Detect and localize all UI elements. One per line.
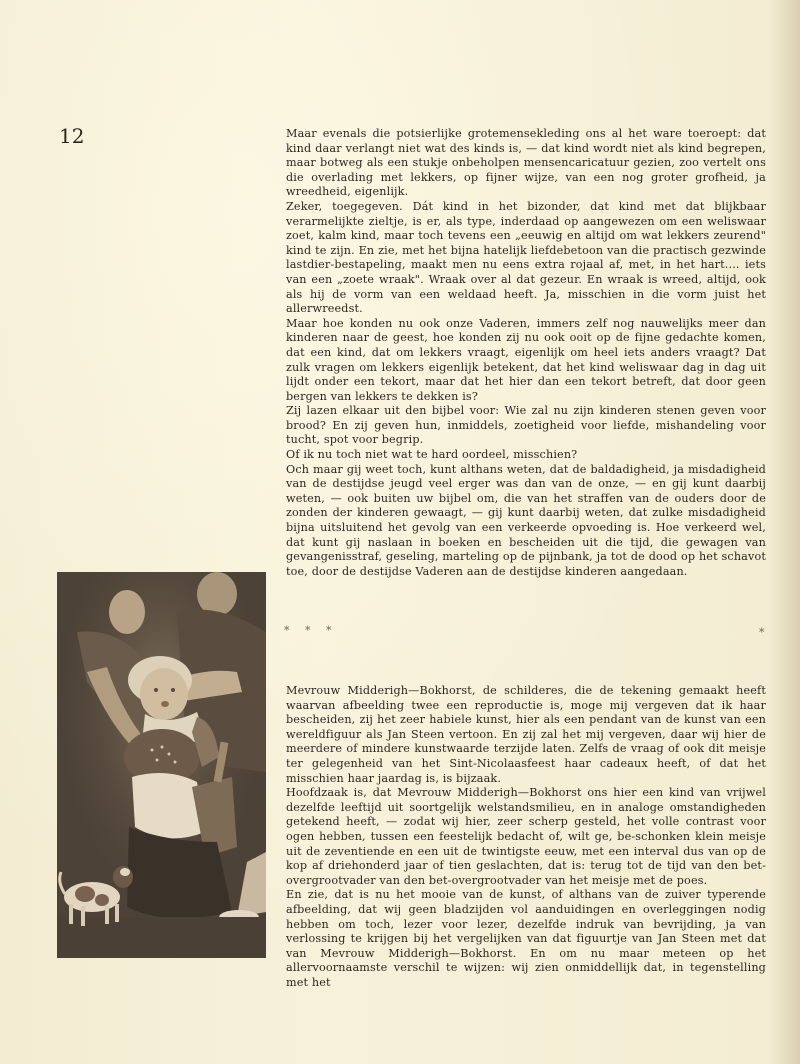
page: 12 Maar evenals die potsierlijke groteme… (0, 0, 800, 1064)
paragraph: Zeker, toegegeven. Dát kind in het bizon… (286, 200, 766, 317)
paragraph: Mevrouw Midderigh—Bokhorst, de schildere… (286, 684, 766, 786)
section-separator-right: * (759, 626, 765, 639)
painting-reproduction (57, 572, 266, 958)
paragraph: Och maar gij weet toch, kunt althans wet… (286, 463, 766, 580)
section-separator-left: * * * (284, 624, 338, 637)
paragraph: Hoofdzaak is, dat Mevrouw Midderigh—Bokh… (286, 786, 766, 888)
text-section-top: Maar evenals die potsierlijke grotemense… (286, 127, 766, 579)
text-section-bottom: Mevrouw Midderigh—Bokhorst, de schildere… (286, 684, 766, 990)
painting-illustration (57, 572, 266, 958)
paragraph: Maar hoe konden nu ook onze Vaderen, imm… (286, 317, 766, 405)
paragraph: Zij lazen elkaar uit den bijbel voor: Wi… (286, 404, 766, 448)
page-number: 12 (59, 124, 84, 148)
paragraph: En zie, dat is nu het mooie van de kunst… (286, 888, 766, 990)
paragraph: Maar evenals die potsierlijke grotemense… (286, 127, 766, 200)
paragraph: Of ik nu toch niet wat te hard oordeel, … (286, 448, 766, 463)
